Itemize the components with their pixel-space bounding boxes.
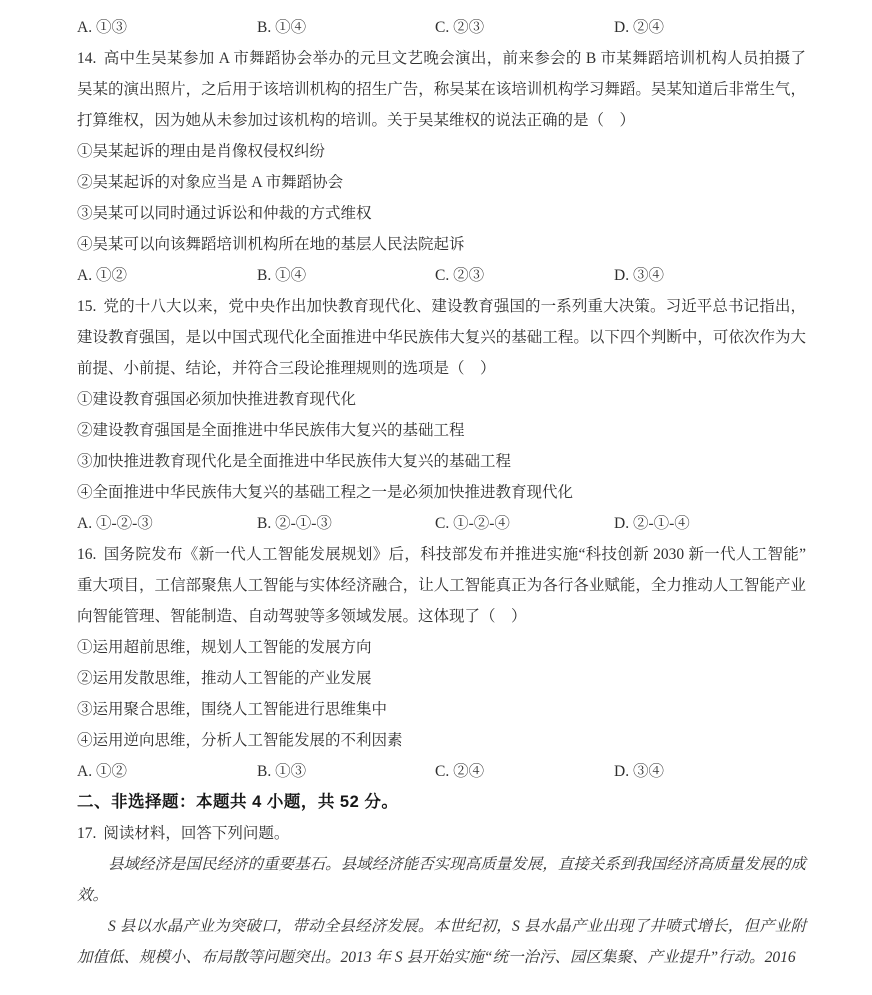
choice-option-d: D. ③④ <box>614 756 806 787</box>
choice-option-b: B. ①④ <box>257 12 435 43</box>
choice-option-c: C. ②③ <box>435 12 614 43</box>
statement-line-3: ③加快推进教育现代化是全面推进中华民族伟大复兴的基础工程 <box>77 446 806 477</box>
statement-line-2: ②建设教育强国是全面推进中华民族伟大复兴的基础工程 <box>77 415 806 446</box>
choice-option-a: A. ①② <box>77 756 257 787</box>
question-15: 15.党的十八大以来，党中央作出加快教育现代化、建设教育强国的一系列重大决策。习… <box>77 291 806 539</box>
choice-option-a: A. ①③ <box>77 12 257 43</box>
question-intro-text: 阅读材料，回答下列问题。 <box>103 825 289 842</box>
section-heading: 二、非选择题：本题共 4 小题，共 52 分。 <box>77 787 806 818</box>
statement-line-2: ②吴某起诉的对象应当是 A 市舞蹈协会 <box>77 167 806 198</box>
choices-row: A. ①② B. ①③ C. ②④ D. ③④ <box>77 756 806 787</box>
choice-option-a: A. ①-②-③ <box>77 508 257 539</box>
question-stem-text: 党的十八大以来，党中央作出加快教育现代化、建设教育强国的一系列重大决策。习近平总… <box>77 298 806 377</box>
choices-row: A. ①-②-③ B. ②-①-③ C. ①-②-④ D. ②-①-④ <box>77 508 806 539</box>
statement-line-3: ③吴某可以同时通过诉讼和仲裁的方式维权 <box>77 198 806 229</box>
choice-option-b: B. ②-①-③ <box>257 508 435 539</box>
statement-line-1: ①运用超前思维，规划人工智能的发展方向 <box>77 632 806 663</box>
exam-paper-page: A. ①③ B. ①④ C. ②③ D. ②④ 14.高中生吴某参加 A 市舞蹈… <box>0 0 872 995</box>
question-stem: 16.国务院发布《新一代人工智能发展规划》后，科技部发布并推进实施“科技创新 2… <box>77 539 806 632</box>
prev-question-choices-row: A. ①③ B. ①④ C. ②③ D. ②④ <box>77 12 806 43</box>
question-stem: 15.党的十八大以来，党中央作出加快教育现代化、建设教育强国的一系列重大决策。习… <box>77 291 806 384</box>
material-paragraph-2: S 县以水晶产业为突破口，带动全县经济发展。本世纪初，S 县水晶产业出现了井喷式… <box>77 911 806 973</box>
choice-option-c: C. ①-②-④ <box>435 508 614 539</box>
statement-line-3: ③运用聚合思维，围绕人工智能进行思维集中 <box>77 694 806 725</box>
statement-line-4: ④全面推进中华民族伟大复兴的基础工程之一是必须加快推进教育现代化 <box>77 477 806 508</box>
question-number: 17. <box>77 825 103 842</box>
question-16: 16.国务院发布《新一代人工智能发展规划》后，科技部发布并推进实施“科技创新 2… <box>77 539 806 787</box>
question-17: 17.阅读材料，回答下列问题。 县域经济是国民经济的重要基石。县域经济能否实现高… <box>77 818 806 973</box>
statement-line-2: ②运用发散思维，推动人工智能的产业发展 <box>77 663 806 694</box>
choice-option-c: C. ②③ <box>435 260 614 291</box>
choice-option-d: D. ③④ <box>614 260 806 291</box>
statement-line-4: ④吴某可以向该舞蹈培训机构所在地的基层人民法院起诉 <box>77 229 806 260</box>
question-stem: 14.高中生吴某参加 A 市舞蹈协会举办的元旦文艺晚会演出，前来参会的 B 市某… <box>77 43 806 136</box>
question-number: 15. <box>77 298 103 315</box>
choice-option-b: B. ①③ <box>257 756 435 787</box>
statement-line-4: ④运用逆向思维，分析人工智能发展的不利因素 <box>77 725 806 756</box>
question-number: 16. <box>77 546 103 563</box>
choice-option-a: A. ①② <box>77 260 257 291</box>
material-paragraph-1: 县域经济是国民经济的重要基石。县域经济能否实现高质量发展，直接关系到我国经济高质… <box>77 849 806 911</box>
question-14: 14.高中生吴某参加 A 市舞蹈协会举办的元旦文艺晚会演出，前来参会的 B 市某… <box>77 43 806 291</box>
statement-line-1: ①建设教育强国必须加快推进教育现代化 <box>77 384 806 415</box>
question-stem-text: 国务院发布《新一代人工智能发展规划》后，科技部发布并推进实施“科技创新 2030… <box>77 546 806 625</box>
question-stem: 17.阅读材料，回答下列问题。 <box>77 818 806 849</box>
choice-option-d: D. ②④ <box>614 12 806 43</box>
question-stem-text: 高中生吴某参加 A 市舞蹈协会举办的元旦文艺晚会演出，前来参会的 B 市某舞蹈培… <box>77 50 806 129</box>
choices-row: A. ①② B. ①④ C. ②③ D. ③④ <box>77 260 806 291</box>
choice-option-b: B. ①④ <box>257 260 435 291</box>
question-number: 14. <box>77 50 103 67</box>
choice-option-c: C. ②④ <box>435 756 614 787</box>
statement-line-1: ①吴某起诉的理由是肖像权侵权纠纷 <box>77 136 806 167</box>
choice-option-d: D. ②-①-④ <box>614 508 806 539</box>
